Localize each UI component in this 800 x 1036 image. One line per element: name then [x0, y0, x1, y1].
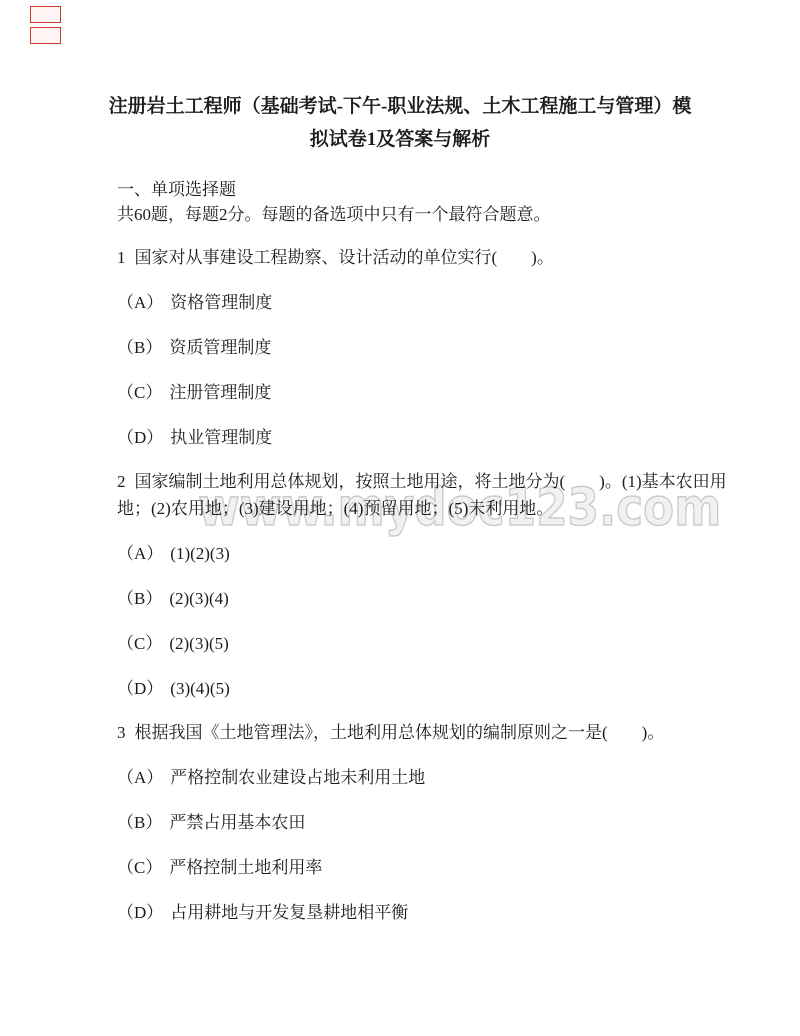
option-row: （A）严格控制农业建设占地未利用土地	[117, 764, 759, 791]
option-text: 注册管理制度	[169, 383, 271, 402]
question-number: 1	[117, 248, 126, 267]
option-row: （C）注册管理制度	[117, 379, 759, 406]
option-label: （B）	[117, 589, 162, 608]
option-row: （B）(2)(3)(4)	[117, 585, 759, 612]
option-row: （A）(1)(2)(3)	[117, 540, 759, 567]
section-instructions: 共60题，每题2分。每题的备选项中只有一个最符合题意。	[117, 202, 759, 227]
option-label: （D）	[117, 679, 163, 698]
option-row: （D）(3)(4)(5)	[117, 675, 759, 702]
question-2: 2国家编制土地利用总体规划，按照土地用途，将土地分为( )。(1)基本农田用地；…	[117, 468, 759, 522]
option-row: （B）资质管理制度	[117, 334, 759, 361]
option-text: 资质管理制度	[169, 338, 271, 357]
document-page: www.mydoc123.com 注册岩土工程师（基础考试-下午-职业法规、土木…	[0, 0, 800, 1036]
question-text: 根据我国《土地管理法》，土地利用总体规划的编制原则之一是( )。	[135, 723, 665, 742]
option-row: （C）(2)(3)(5)	[117, 630, 759, 657]
question-number: 3	[117, 723, 126, 742]
option-text: 严禁占用基本农田	[169, 813, 305, 832]
option-row: （A）资格管理制度	[117, 289, 759, 316]
option-text: 严格控制土地利用率	[169, 858, 322, 877]
option-label: （C）	[117, 383, 162, 402]
option-label: （A）	[117, 768, 163, 787]
option-text: 资格管理制度	[170, 293, 272, 312]
option-text: (2)(3)(5)	[169, 634, 228, 653]
option-label: （A）	[117, 544, 163, 563]
section-heading: 一、单项选择题	[117, 177, 759, 202]
option-row: （B）严禁占用基本农田	[117, 809, 759, 836]
option-label: （D）	[117, 428, 163, 447]
option-row: （D）执业管理制度	[117, 424, 759, 451]
option-text: 占用耕地与开发复垦耕地相平衡	[170, 903, 408, 922]
option-label: （B）	[117, 338, 162, 357]
option-text: (3)(4)(5)	[170, 679, 229, 698]
document-content: 一、单项选择题 共60题，每题2分。每题的备选项中只有一个最符合题意。 1国家对…	[117, 0, 759, 926]
broken-image-icon	[30, 27, 61, 44]
question-1: 1国家对从事建设工程勘察、设计活动的单位实行( )。	[117, 244, 759, 271]
option-label: （C）	[117, 858, 162, 877]
question-3: 3根据我国《土地管理法》，土地利用总体规划的编制原则之一是( )。	[117, 719, 759, 746]
option-text: 严格控制农业建设占地未利用土地	[170, 768, 425, 787]
option-text: (2)(3)(4)	[169, 589, 228, 608]
option-text: 执业管理制度	[170, 428, 272, 447]
option-row: （D）占用耕地与开发复垦耕地相平衡	[117, 899, 759, 926]
question-number: 2	[117, 472, 126, 491]
question-text: 国家编制土地利用总体规划，按照土地用途，将土地分为( )。(1)基本农田用地；(…	[117, 472, 727, 518]
option-label: （D）	[117, 903, 163, 922]
question-text: 国家对从事建设工程勘察、设计活动的单位实行( )。	[135, 248, 554, 267]
broken-image-icon	[30, 6, 61, 23]
option-label: （C）	[117, 634, 162, 653]
option-row: （C）严格控制土地利用率	[117, 854, 759, 881]
option-label: （B）	[117, 813, 162, 832]
option-text: (1)(2)(3)	[170, 544, 229, 563]
option-label: （A）	[117, 293, 163, 312]
